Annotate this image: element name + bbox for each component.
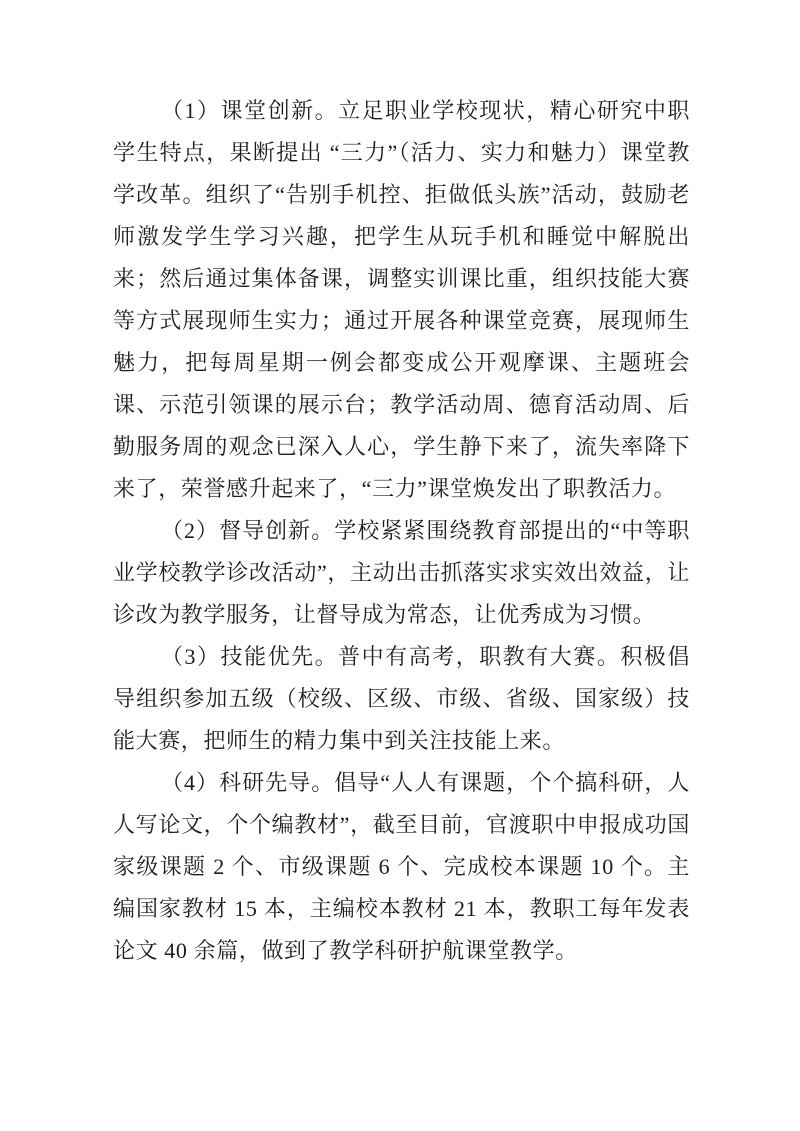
paragraph-supervision-innovation: （2）督导创新。学校紧紧围绕教育部提出的“中等职业学校教学诊改活动”，主动出击抓… xyxy=(113,510,690,636)
paragraph-skills-first: （3）技能优先。普中有高考，职教有大赛。积极倡导组织参加五级（校级、区级、市级、… xyxy=(113,636,690,762)
paragraph-research-led: （4）科研先导。倡导“人人有课题，个个搞科研，人人写论文，个个编教材”，截至目前… xyxy=(113,762,690,972)
text-body: （1）课堂创新。立足职业学校现状，精心研究中职学生特点，果断提出 “三力”（活力… xyxy=(113,90,690,972)
document-page: （1）课堂创新。立足职业学校现状，精心研究中职学生特点，果断提出 “三力”（活力… xyxy=(0,0,800,1131)
paragraph-classroom-innovation: （1）课堂创新。立足职业学校现状，精心研究中职学生特点，果断提出 “三力”（活力… xyxy=(113,90,690,510)
